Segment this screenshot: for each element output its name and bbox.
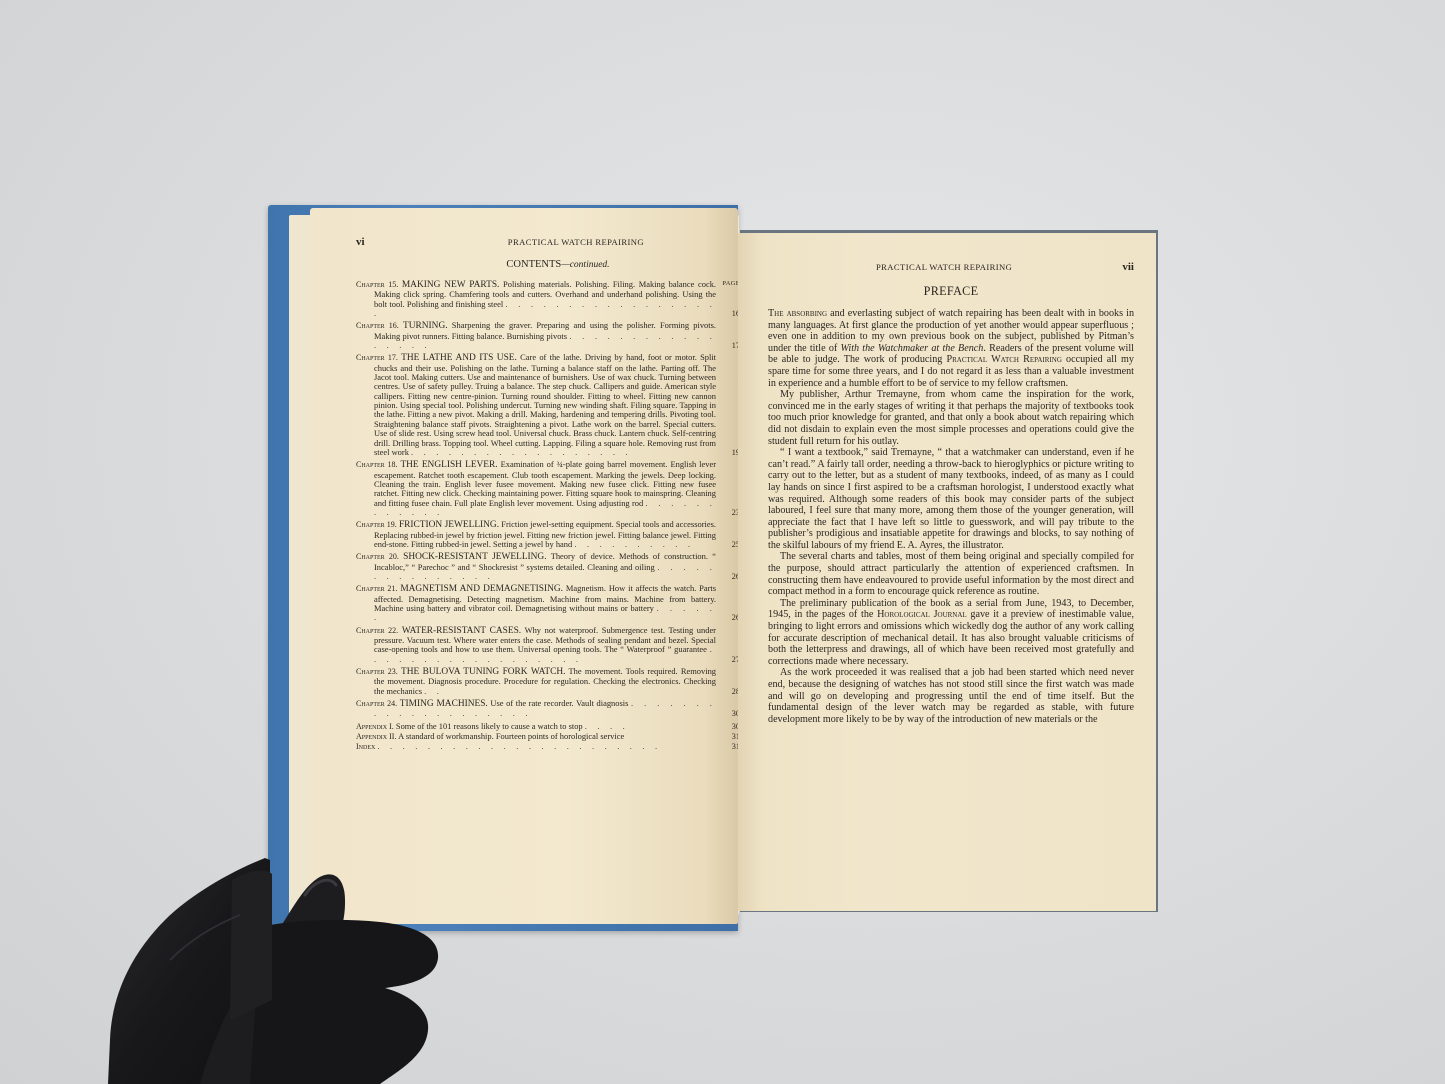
toc-body: A standard of workmanship. Fourteen poin… bbox=[398, 731, 624, 741]
right-running-head: PRACTICAL WATCH REPAIRING vii bbox=[768, 261, 1134, 273]
paragraph: As the work proceeded it was realised th… bbox=[768, 667, 1134, 725]
toc-label: Index bbox=[356, 742, 375, 751]
toc-entry[interactable]: Chapter 20. SHOCK-RESISTANT JEWELLING. T… bbox=[356, 552, 722, 581]
toc-entry-appendix[interactable]: Appendix I. Some of the 101 reasons like… bbox=[356, 722, 722, 731]
journal-name-smallcaps: Horological Journal bbox=[877, 609, 967, 620]
toc-label: Chapter 18. bbox=[356, 460, 398, 469]
paragraph: “ I want a textbook,” said Tremayne, “ t… bbox=[768, 447, 1134, 551]
toc-body: Some of the 101 reasons likely to cause … bbox=[396, 721, 583, 731]
table-of-contents: PAGE Chapter 15. MAKING NEW PARTS. Polis… bbox=[356, 280, 722, 752]
toc-entry[interactable]: Chapter 24. TIMING MACHINES. Use of the … bbox=[356, 699, 722, 719]
toc-label: Chapter 16. bbox=[356, 321, 399, 330]
left-running-head: vi PRACTICAL WATCH REPAIRING bbox=[356, 236, 724, 248]
toc-label: Chapter 19. bbox=[356, 520, 397, 529]
book-title-italic: With the Watchmaker at the Bench bbox=[841, 343, 984, 354]
toc-entry[interactable]: Chapter 22. WATER-RESISTANT CASES. Why n… bbox=[356, 626, 722, 664]
photo-scene: vi PRACTICAL WATCH REPAIRING CONTENTS—co… bbox=[0, 0, 1445, 1084]
preface-body: The absorbing and everlasting subject of… bbox=[768, 308, 1134, 725]
page-number-vi: vi bbox=[356, 236, 365, 248]
left-page-contents: vi PRACTICAL WATCH REPAIRING CONTENTS—co… bbox=[310, 208, 738, 924]
toc-entry[interactable]: Chapter 15. MAKING NEW PARTS. Polishing … bbox=[356, 280, 722, 318]
contents-heading-text: CONTENTS bbox=[506, 259, 561, 270]
toc-label: Chapter 22. bbox=[356, 626, 398, 635]
toc-body: Use of the rate recorder. Vault diagnosi… bbox=[490, 698, 628, 708]
toc-entry[interactable]: Chapter 16. TURNING. Sharpening the grav… bbox=[356, 321, 722, 350]
paragraph: The preliminary publication of the book … bbox=[768, 598, 1134, 668]
toc-entry[interactable]: Chapter 21. MAGNETISM AND DEMAGNETISING.… bbox=[356, 584, 722, 622]
leader-dots: . . . . . . . . . . . . . . . . . . bbox=[411, 447, 632, 457]
right-page-preface: PRACTICAL WATCH REPAIRING vii PREFACE Th… bbox=[738, 233, 1156, 911]
book-title-smallcaps: Practical Watch Repairing bbox=[947, 354, 1062, 365]
leader-dots: . . . . . . . . . . bbox=[574, 539, 694, 549]
contents-heading-suffix: —continued. bbox=[561, 260, 609, 270]
toc-body: Care of the lathe. Driving by hand, foot… bbox=[374, 352, 716, 456]
leader-dots: . . . . bbox=[585, 721, 629, 731]
toc-label: Appendix II. bbox=[356, 732, 396, 741]
toc-entry[interactable]: Chapter 17. THE LATHE AND ITS USE. Care … bbox=[356, 353, 722, 457]
leader-dots: . . bbox=[424, 686, 443, 696]
leader-dots: . . . . . . . . . . . . . . . . . . . . … bbox=[377, 741, 661, 751]
toc-label: Chapter 17. bbox=[356, 353, 398, 362]
toc-label: Chapter 15. bbox=[356, 280, 398, 289]
toc-label: Chapter 21. bbox=[356, 584, 397, 593]
toc-entry-appendix[interactable]: Appendix II. A standard of workmanship. … bbox=[356, 732, 722, 741]
paragraph: The several charts and tables, most of t… bbox=[768, 551, 1134, 597]
running-head-title: PRACTICAL WATCH REPAIRING bbox=[876, 262, 1012, 272]
paragraph: My publisher, Arthur Tremayne, from whom… bbox=[768, 389, 1134, 447]
lead-smallcaps: The absorbing bbox=[768, 308, 827, 319]
toc-entry[interactable]: Chapter 23. THE BULOVA TUNING FORK WATCH… bbox=[356, 667, 722, 696]
page-number-vii: vii bbox=[1122, 261, 1134, 273]
toc-label: Chapter 20. bbox=[356, 552, 399, 561]
paragraph: The absorbing and everlasting subject of… bbox=[768, 308, 1134, 389]
toc-entry[interactable]: Chapter 18. THE ENGLISH LEVER. Examinati… bbox=[356, 460, 722, 517]
contents-heading: CONTENTS—continued. bbox=[356, 259, 724, 270]
preface-heading: PREFACE bbox=[768, 284, 1134, 299]
toc-label: Chapter 24. bbox=[356, 699, 397, 708]
toc-label: Chapter 23. bbox=[356, 667, 398, 676]
running-head-title: PRACTICAL WATCH REPAIRING bbox=[508, 237, 644, 247]
toc-entry-index[interactable]: Index . . . . . . . . . . . . . . . . . … bbox=[356, 742, 722, 751]
toc-label: Appendix I. bbox=[356, 722, 394, 731]
toc-entry[interactable]: Chapter 19. FRICTION JEWELLING. Friction… bbox=[356, 520, 722, 549]
